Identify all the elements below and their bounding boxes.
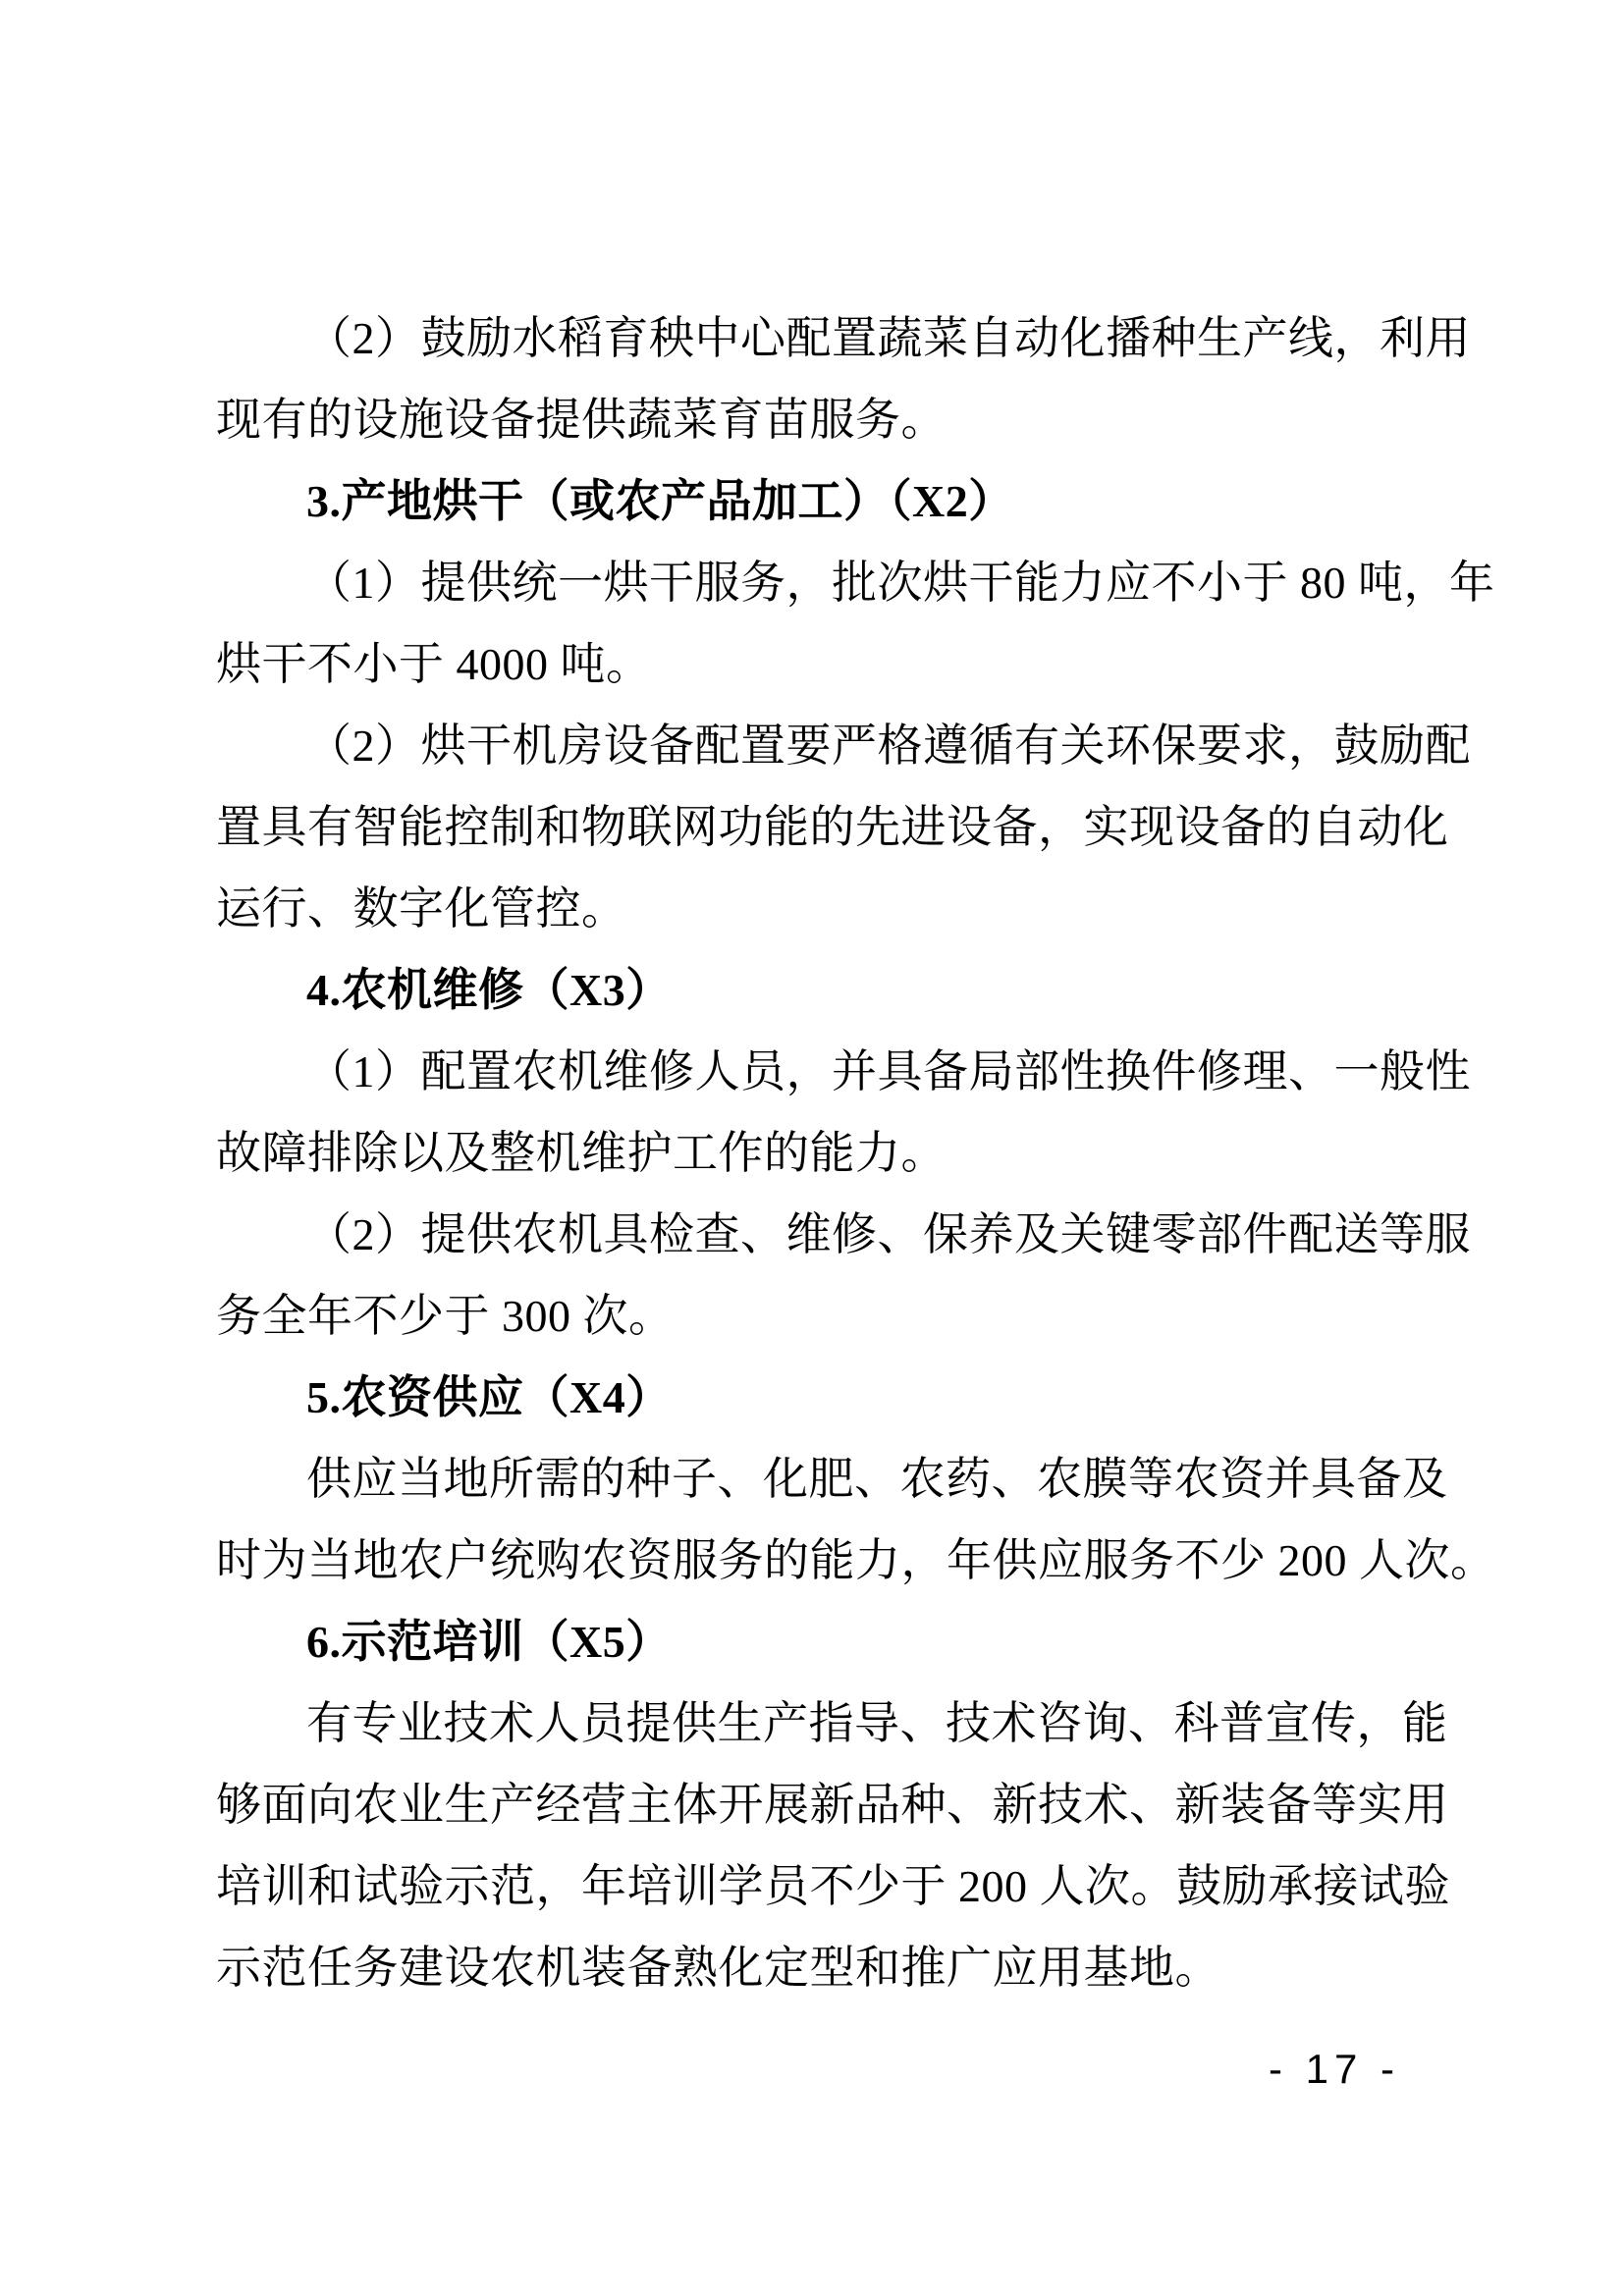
text-line: （2）提供农机具检查、维修、保养及关键零部件配送等服 [216,1194,1492,1275]
text-line: （1）配置农机维修人员，并具备局部性换件修理、一般性 [216,1031,1492,1112]
text-line: 运行、数字化管控。 [216,868,1492,949]
section-heading: 6.示范培训（X5） [216,1601,1492,1682]
section-heading: 5.农资供应（X4） [216,1357,1492,1438]
text-line: 有专业技术人员提供生产指导、技术咨询、科普宣传，能 [216,1682,1492,1764]
text-line: 够面向农业生产经营主体开展新品种、新技术、新装备等实用 [216,1764,1492,1845]
document-page: （2）鼓励水稻育秧中心配置蔬菜自动化播种生产线，利用 现有的设施设备提供蔬菜育苗… [0,0,1624,2296]
text-line: 现有的设施设备提供蔬菜育苗服务。 [216,379,1492,460]
text-line: （2）鼓励水稻育秧中心配置蔬菜自动化播种生产线，利用 [216,297,1492,379]
text-line: 培训和试验示范，年培训学员不少于 200 人次。鼓励承接试验 [216,1845,1492,1927]
text-line: （2）烘干机房设备配置要严格遵循有关环保要求，鼓励配 [216,705,1492,786]
section-heading: 3.产地烘干（或农产品加工）（X2） [216,460,1492,542]
text-line: （1）提供统一烘干服务，批次烘干能力应不小于 80 吨，年 [216,542,1492,623]
text-line: 供应当地所需的种子、化肥、农药、农膜等农资并具备及 [216,1438,1492,1520]
text-line: 故障排除以及整机维护工作的能力。 [216,1112,1492,1194]
text-line: 务全年不少于 300 次。 [216,1275,1492,1357]
page-number: - 17 - [1269,2045,1400,2094]
section-heading: 4.农机维修（X3） [216,949,1492,1031]
text-line: 置具有智能控制和物联网功能的先进设备，实现设备的自动化 [216,786,1492,868]
text-line: 烘干不小于 4000 吨。 [216,623,1492,705]
text-line: 时为当地农户统购农资服务的能力，年供应服务不少 200 人次。 [216,1520,1492,1601]
text-line: 示范任务建设农机装备熟化定型和推广应用基地。 [216,1927,1492,2008]
document-body: （2）鼓励水稻育秧中心配置蔬菜自动化播种生产线，利用 现有的设施设备提供蔬菜育苗… [216,297,1492,2008]
